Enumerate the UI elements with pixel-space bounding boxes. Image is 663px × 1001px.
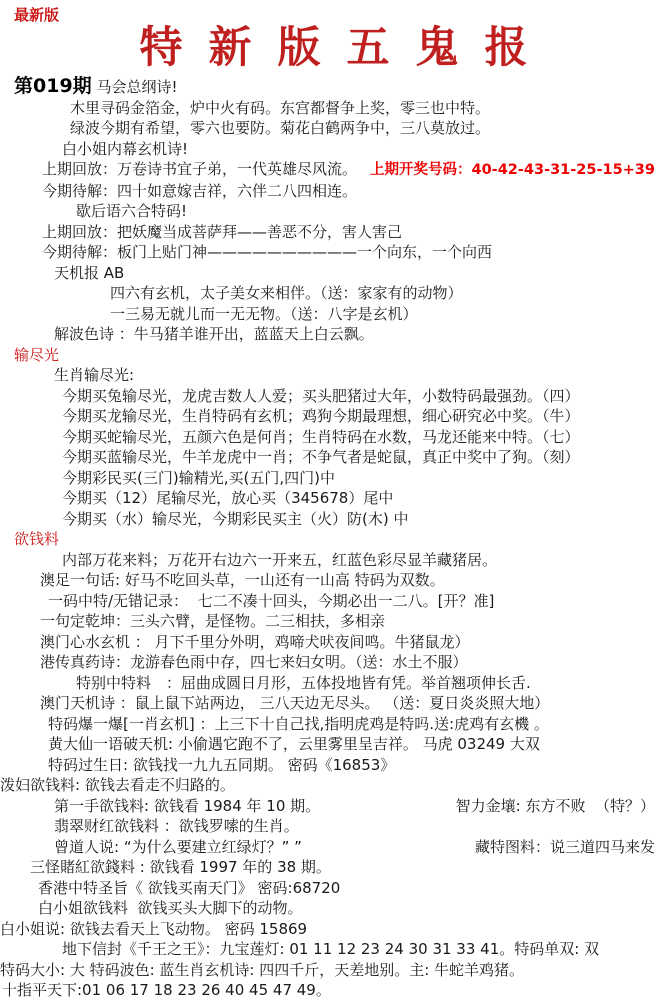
text-line: 今期待解：板门上贴门神——————————一个向东，一个向西 [42, 242, 659, 263]
text-segment: 四六有玄机，太子美女来相伴。（送：家家有的动物） [110, 283, 463, 304]
text-segment: 今期买兔输尽光，龙虎吉数人人爱；买头肥猪过大年，小数特码最强劲。（四） [62, 386, 580, 407]
section-header: 欲钱料 [14, 529, 659, 550]
text-line: 泼妇欲钱料: 欲钱去看走不归路的。 [0, 775, 659, 796]
text-line: 香港中特圣旨《 欲钱买南天门》 密码:68720 [38, 878, 659, 899]
text-segment: 今期买（水）输尽光，今期彩民买主（火）防(木) 中 [62, 509, 408, 530]
text-line: 生肖输尽光: [54, 365, 659, 386]
text-segment: 香港中特圣旨《 欲钱买南天门》 密码:68720 [38, 878, 340, 899]
text-segment: 白小姐欲钱料 欲钱买头大脚下的动物。 [38, 898, 303, 919]
text-segment: 今期待解：板门上贴门神——————————一个向东，一个向西 [42, 242, 492, 263]
text-segment: 绿波今期有希望，零六也要防。菊花白鹤两争中，三八莫放过。 [70, 118, 490, 139]
text-line: 第一手欲钱料: 欲钱看 1984 年 10 期。智力金壤: 东方不败 （特？） [54, 796, 659, 817]
section-title: 天机报 AB [54, 263, 124, 284]
text-line: 今期买兔输尽光，龙虎吉数人人爱；买头肥猪过大年，小数特码最强劲。（四） [62, 386, 659, 407]
section-header-label: 输尽光 [14, 345, 59, 366]
page-title: 特新版五鬼报 [14, 25, 659, 71]
text-line: 地下信封《千王之王》：九宝莲灯: 01 11 12 23 24 30 31 33… [62, 939, 659, 960]
text-line: 今期买（水）输尽光，今期彩民买主（火）防(木) 中 [62, 509, 659, 530]
text-segment: 特别中特料 ：屈曲成圆日月形，五体投地皆有凭。举首翘项伸长舌. [76, 673, 531, 694]
text-segment: 一三易无就儿而一无无物。（送：八字是玄机） [110, 304, 418, 325]
text-line: 黄大仙一语破天机: 小偷遇它跑不了，云里雾里呈吉祥。 马虎 03249 大双 [48, 734, 659, 755]
text-line: 今期买蛇输尽光，五颜六色是何肖；生肖特码在水数，马龙还能来中特。（七） [62, 427, 659, 448]
right-note: 智力金壤: 东方不败 （特？） [456, 796, 655, 817]
text-line: 一三易无就儿而一无无物。（送：八字是玄机） [110, 304, 659, 325]
section-header-label: 欲钱料 [14, 529, 59, 550]
text-segment: 三怪賭紅欲錢料 : 欲钱看 1997 年的 38 期。 [30, 857, 331, 878]
text-line: 今期买龙输尽光，生肖特码有玄机；鸡狗今期最理想，细心研究必中奖。（牛） [62, 406, 659, 427]
text-line: 今期买蓝输尽光，牛羊龙虎中一肖；不争气者是蛇鼠，真正中奖中了狗。（刻） [62, 447, 659, 468]
text-line: 澳足一句话: 好马不吃回头草，一山还有一山高 特码为双数。 [40, 570, 659, 591]
text-segment: 白小姐说: 欲钱去看天上飞动物。 密码 15869 [0, 919, 307, 940]
text-segment: 一句定乾坤：三头六臂，是怪物。二三相扶，多相亲 [40, 611, 385, 632]
text-line: 今期彩民买(三门)输精光,买(五门,四门)中 [62, 468, 659, 489]
section-header: 输尽光 [14, 345, 659, 366]
text-segment: 曾道人说: “为什么要建立红绿灯？” ” [54, 837, 302, 858]
text-line: 澳门天机诗 ：鼠上鼠下站两边， 三八天边无尽头。 （送：夏日炎炎照大地） [40, 693, 659, 714]
edition-label: 最新版 [14, 6, 659, 24]
section-title: 白小姐内幕玄机诗! [62, 139, 188, 160]
text-line: 三怪賭紅欲錢料 : 欲钱看 1997 年的 38 期。 [30, 857, 659, 878]
text-segment: 解波色诗 ：牛马猪羊谁开出，蓝蓝天上白云飘。 [54, 324, 374, 345]
text-segment: 港传真药诗：龙游春色雨中存，四七来妇女明。（送：水土不服） [40, 652, 468, 673]
text-line: 特码爆一爆[一肖玄机] ：上三下十自己找,指明虎鸡是特吗.送:虎鸡有玄機 。 [48, 714, 659, 735]
text-line: 歇后语六合特码! [76, 201, 659, 222]
issue-number: 第019期 [14, 76, 92, 97]
text-segment: 内部万花来料；万花开右边六一开来五，红蓝色彩尽显羊藏猪居。 [62, 550, 497, 571]
text-segment: 第一手欲钱料: 欲钱看 1984 年 10 期。 [54, 796, 320, 817]
text-segment: 今期买蓝输尽光，牛羊龙虎中一肖；不争气者是蛇鼠，真正中奖中了狗。（刻） [62, 447, 580, 468]
text-segment: 翡翠财红欲钱料 ：欲钱罗嗦的生肖。 [54, 816, 299, 837]
text-segment: 十指平天下:01 06 17 18 23 26 40 45 47 49。 [2, 980, 331, 1001]
text-line: 天机报 AB [54, 263, 659, 284]
text-line: 白小姐说: 欲钱去看天上飞动物。 密码 15869 [0, 919, 659, 940]
text-segment: 黄大仙一语破天机: 小偷遇它跑不了，云里雾里呈吉祥。 马虎 03249 大双 [48, 734, 540, 755]
text-line: 上期回放：把妖魔当成菩萨拜——善恶不分，害人害己 [42, 222, 659, 243]
text-segment: 今期待解：四十如意嫁吉祥，六伴二八四相连。 [42, 181, 357, 202]
text-line: 解波色诗 ：牛马猪羊谁开出，蓝蓝天上白云飘。 [54, 324, 659, 345]
text-segment: 澳门天机诗 ：鼠上鼠下站两边， 三八天边无尽头。 （送：夏日炎炎照大地） [40, 693, 549, 714]
section-title: 生肖输尽光: [54, 365, 134, 386]
text-segment: 地下信封《千王之王》：九宝莲灯: 01 11 12 23 24 30 31 33… [62, 939, 599, 960]
text-line: 白小姐欲钱料 欲钱买头大脚下的动物。 [38, 898, 659, 919]
text-segment: 一码中特/无错记录： 七二不凑十回头，今期必出一二八。[开？准] [48, 591, 494, 612]
text-segment: 上期回放：把妖魔当成菩萨拜——善恶不分，害人害己 [42, 222, 402, 243]
text-segment: 特码爆一爆[一肖玄机] ：上三下十自己找,指明虎鸡是特吗.送:虎鸡有玄機 。 [48, 714, 549, 735]
text-segment: 澳足一句话: 好马不吃回头草，一山还有一山高 特码为双数。 [40, 570, 445, 591]
text-segment: 今期买（12）尾输尽光，放心买（345678）尾中 [62, 488, 393, 509]
issue-line: 第019期 马会总纲诗! [14, 76, 659, 98]
text-line: 绿波今期有希望，零六也要防。菊花白鹤两争中，三八莫放过。 [70, 118, 659, 139]
document-lines: 第019期 马会总纲诗!木里寻码金箔金，炉中火有码。东宫都督争上奖，零三也中特。… [14, 76, 659, 1001]
text-line: 曾道人说: “为什么要建立红绿灯？” ”藏特图料：说三道四马来发 [54, 837, 659, 858]
text-line: 港传真药诗：龙游春色雨中存，四七来妇女明。（送：水土不服） [40, 652, 659, 673]
text-line: 木里寻码金箔金，炉中火有码。东宫都督争上奖，零三也中特。 [70, 98, 659, 119]
text-line: 特别中特料 ：屈曲成圆日月形，五体投地皆有凭。举首翘项伸长舌. [76, 673, 659, 694]
section-title: 歇后语六合特码! [76, 201, 187, 222]
text-segment: 澳门心水玄机 ： 月下千里分外明，鸡啼犬吠夜间鸣。牛猪鼠龙） [40, 632, 470, 653]
tip-sheet-page: 最新版 特新版五鬼报 第019期 马会总纲诗!木里寻码金箔金，炉中火有码。东宫都… [0, 0, 663, 1001]
text-line: 十指平天下:01 06 17 18 23 26 40 45 47 49。 [2, 980, 659, 1001]
text-line: 内部万花来料；万花开右边六一开来五，红蓝色彩尽显羊藏猪居。 [62, 550, 659, 571]
section-title: 马会总纲诗! [92, 77, 178, 98]
text-line: 一码中特/无错记录： 七二不凑十回头，今期必出一二八。[开？准] [48, 591, 659, 612]
text-segment: 今期买龙输尽光，生肖特码有玄机；鸡狗今期最理想，细心研究必中奖。（牛） [62, 406, 580, 427]
text-line: 翡翠财红欲钱料 ：欲钱罗嗦的生肖。 [54, 816, 659, 837]
right-note: 藏特图料：说三道四马来发 [475, 837, 655, 858]
text-segment: 今期买蛇输尽光，五颜六色是何肖；生肖特码在水数，马龙还能来中特。（七） [62, 427, 580, 448]
text-line: 特码大小: 大 特码波色: 蓝生肖玄机诗: 四四千斤，天差地别。主: 牛蛇羊鸡猪… [0, 960, 659, 981]
text-line: 上期回放：万卷诗书宜子弟，一代英雄尽风流。上期开奖号码：40-42-43-31-… [42, 159, 659, 181]
text-segment: 今期彩民买(三门)输精光,买(五门,四门)中 [62, 468, 335, 489]
text-segment: 上期回放：万卷诗书宜子弟，一代英雄尽风流。 [42, 159, 357, 180]
text-line: 四六有玄机，太子美女来相伴。（送：家家有的动物） [110, 283, 659, 304]
text-line: 今期待解：四十如意嫁吉祥，六伴二八四相连。 [42, 181, 659, 202]
text-line: 澳门心水玄机 ： 月下千里分外明，鸡啼犬吠夜间鸣。牛猪鼠龙） [40, 632, 659, 653]
text-segment: 特码大小: 大 特码波色: 蓝生肖玄机诗: 四四千斤，天差地别。主: 牛蛇羊鸡猪… [0, 960, 524, 981]
text-segment: 特码过生日: 欲钱找一九九五同期。 密码《16853》 [48, 755, 395, 776]
text-segment: 木里寻码金箔金，炉中火有码。东宫都督争上奖，零三也中特。 [70, 98, 490, 119]
last-draw-numbers: 上期开奖号码：40-42-43-31-25-15+39 [370, 160, 655, 181]
text-line: 特码过生日: 欲钱找一九九五同期。 密码《16853》 [48, 755, 659, 776]
text-line: 今期买（12）尾输尽光，放心买（345678）尾中 [62, 488, 659, 509]
text-line: 一句定乾坤：三头六臂，是怪物。二三相扶，多相亲 [40, 611, 659, 632]
text-segment: 泼妇欲钱料: 欲钱去看走不归路的。 [0, 775, 235, 796]
text-line: 白小姐内幕玄机诗! [62, 139, 659, 160]
